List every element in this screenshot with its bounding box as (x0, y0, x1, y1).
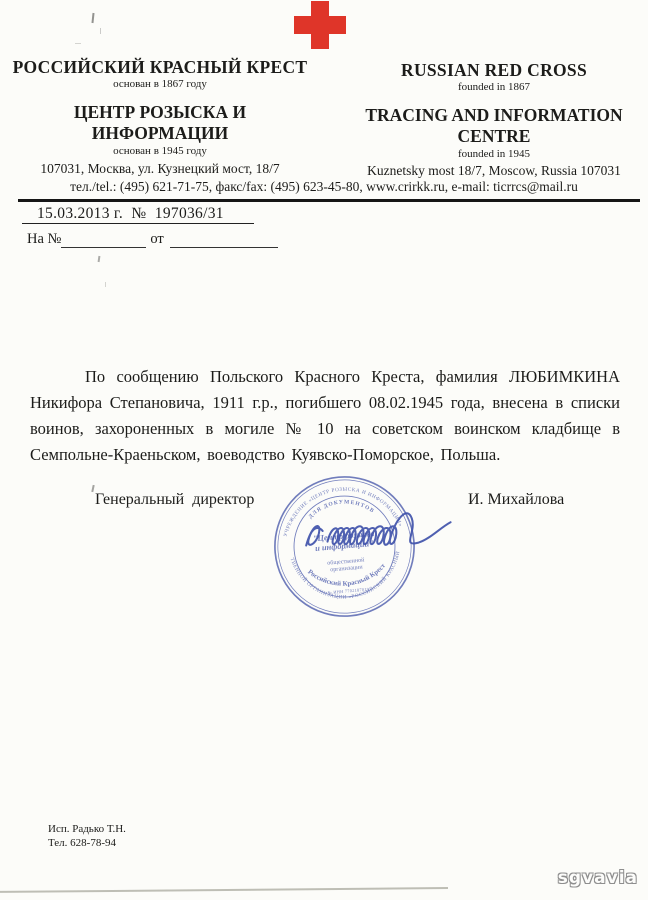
address-ru: 107031, Москва, ул. Кузнецкий мост, 18/7 (8, 161, 312, 177)
org-founded-en: founded in 1867 (348, 81, 640, 93)
dept-name-en-line2: CENTRE (348, 126, 640, 147)
reference-date-line: 15.03.2013 г. № 197036/31 (22, 205, 254, 224)
reply-number-blank (61, 232, 146, 248)
dept-name-ru-line2: ИНФОРМАЦИИ (8, 123, 312, 144)
dept-name-ru-line1: ЦЕНТР РОЗЫСКА И (8, 102, 312, 123)
executor-block: Исп. Радько Т.Н. Тел. 628-78-94 (48, 822, 126, 850)
dept-name-en-line1: TRACING AND INFORMATION (348, 105, 640, 126)
reply-from-label: от (150, 231, 163, 247)
letterhead-divider (18, 199, 640, 202)
org-name-ru: РОССИЙСКИЙ КРАСНЫЙ КРЕСТ (8, 57, 312, 77)
dept-name-en: TRACING AND INFORMATION CENTRE (348, 105, 640, 147)
scanned-letter: РОССИЙСКИЙ КРАСНЫЙ КРЕСТ основан в 1867 … (0, 0, 648, 900)
scan-edge-artifact (0, 887, 448, 893)
contact-line: тел./tel.: (495) 621-71-75, факс/fax: (4… (0, 179, 648, 195)
letterhead-english-column: RUSSIAN RED CROSS founded in 1867 TRACIN… (348, 60, 640, 160)
watermark: sgvavia (558, 868, 638, 888)
reply-date-blank (170, 232, 278, 248)
letter-body-paragraph: По сообщению Польского Красного Креста, … (30, 364, 620, 468)
dept-founded-en: founded in 1945 (348, 148, 640, 160)
scan-speck (105, 282, 106, 287)
executor-name: Исп. Радько Т.Н. (48, 822, 126, 836)
reply-reference-line: На №от (27, 231, 278, 248)
org-founded-ru: основан в 1867 году (8, 78, 312, 90)
scan-speck (75, 43, 81, 44)
scan-speck (98, 256, 101, 262)
executor-phone: Тел. 628-78-94 (48, 836, 126, 850)
dept-founded-ru: основан в 1945 году (8, 145, 312, 157)
handwritten-signature (292, 499, 487, 561)
signer-title: Генеральный директор (95, 491, 254, 509)
red-cross-icon (294, 1, 346, 50)
letterhead-russian-column: РОССИЙСКИЙ КРАСНЫЙ КРЕСТ основан в 1867 … (8, 57, 312, 157)
reply-number-label: На № (27, 231, 61, 247)
dept-name-ru: ЦЕНТР РОЗЫСКА И ИНФОРМАЦИИ (8, 102, 312, 144)
letter-date-and-number: 15.03.2013 г. № 197036/31 (22, 205, 224, 222)
scan-speck (91, 13, 94, 23)
org-name-en: RUSSIAN RED CROSS (348, 60, 640, 80)
address-en: Kuznetsky most 18/7, Moscow, Russia 1070… (344, 163, 644, 179)
scan-speck (100, 28, 101, 34)
